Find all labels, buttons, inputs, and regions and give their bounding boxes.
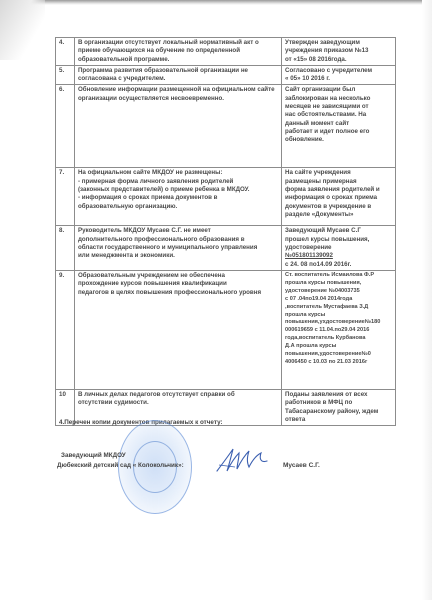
- issue-cell: Руководитель МКДОУ Мусаев С.Г. не имеет …: [74, 226, 281, 270]
- result-line: обновление.: [285, 136, 392, 144]
- signatory-title: Заведующий МКДОУ: [61, 452, 126, 459]
- table-row: 9. Образовательным учреждением не обеспе…: [56, 270, 396, 389]
- issue-line: - информация о сроках приема документов …: [78, 194, 278, 202]
- result-line: информация о сроках приема: [285, 194, 392, 202]
- issue-line: - примерная форма личного заявления роди…: [78, 178, 278, 186]
- result-line: документов в учреждение в: [285, 203, 392, 211]
- row-number: 6.: [56, 85, 75, 168]
- result-line: На сайте учреждения: [285, 169, 392, 177]
- result-line: 4006450 с 10.03 по 21.03 2016г: [285, 359, 392, 367]
- issue-line: На официальном сайте МКДОУ не размещены:: [78, 169, 278, 177]
- result-line: Табасаранскому району, ждем: [285, 408, 392, 416]
- result-line: повышения,удостоверение№0: [285, 351, 392, 359]
- result-line: Ст. воспитатель Исмаилова Ф.Р: [285, 272, 392, 280]
- result-cell: На сайте учреждения размещены примерная …: [282, 168, 396, 226]
- result-line: работников в МФЦ по: [285, 399, 392, 407]
- result-line: прошла курсы: [285, 312, 392, 320]
- result-line: данный момент сайт: [285, 120, 392, 128]
- issue-line: педагогов в целях повышения профессионал…: [78, 289, 278, 297]
- organization-name: Дюбекский детский сад « Колокольчик»:: [57, 462, 184, 469]
- issue-line: дополнительного профессионального образо…: [78, 236, 278, 244]
- issue-cell: Обновление информации размещенной на офи…: [74, 85, 281, 168]
- certificate-number: №051801139092: [285, 252, 392, 260]
- row-number: 4.: [56, 38, 75, 66]
- result-line: Д.А прошла курсы: [285, 343, 392, 351]
- result-line: Согласовано с учредителем: [285, 67, 392, 75]
- result-line: разделе «Документы»: [285, 211, 392, 219]
- issue-cell: Образовательным учреждением не обеспечен…: [74, 270, 281, 389]
- result-cell: Поданы заявления от всех работников в МФ…: [282, 389, 396, 425]
- result-line: месяцев не зависящими от: [285, 103, 392, 111]
- result-line: Поданы заявления от всех: [285, 391, 392, 399]
- page-right-edge: [422, 0, 432, 600]
- table-row: 4. В организации отсутствует локальный н…: [56, 38, 396, 66]
- result-line: прошла курсы повышения,: [285, 280, 392, 288]
- result-line: Заведующий Мусаев С.Г: [285, 227, 392, 235]
- table-row: 7. На официальном сайте МКДОУ не размеще…: [56, 168, 396, 226]
- issue-line: или менеджмента и экономики.: [78, 252, 278, 260]
- result-cell: Заведующий Мусаев С.Г прошел курсы повыш…: [282, 226, 396, 270]
- result-line: размещены примерная: [285, 178, 392, 186]
- result-line: ,воспитатель Мустафаева З.Д: [285, 304, 392, 312]
- issue-line: области государственного и муниципальног…: [78, 244, 278, 252]
- table-row: 6. Обновление информации размещенной на …: [56, 85, 396, 168]
- result-line: ответа: [285, 416, 392, 424]
- result-line: удостоверение: [285, 244, 392, 252]
- issue-line: образовательную организацию.: [78, 203, 278, 211]
- result-line: работает и идет полное его: [285, 128, 392, 136]
- result-cell: Утвержден заведующим учреждения приказом…: [282, 38, 396, 66]
- result-line: заблокирован на несколько: [285, 95, 392, 103]
- issue-cell: Программа развития образовательной орган…: [74, 65, 281, 85]
- result-line: учреждения приказом №13: [285, 47, 392, 55]
- result-line: Утвержден заведующим: [285, 39, 392, 47]
- issue-line: отсутствии судимости.: [78, 399, 278, 407]
- result-cell: Ст. воспитатель Исмаилова Ф.Р прошла кур…: [282, 270, 396, 389]
- result-line: форма заявления родителей и: [285, 186, 392, 194]
- issue-cell: На официальном сайте МКДОУ не размещены:…: [74, 168, 281, 226]
- issue-cell: В организации отсутствует локальный норм…: [74, 38, 281, 66]
- scanned-page: 4. В организации отсутствует локальный н…: [0, 0, 432, 600]
- result-cell: Сайт организации был заблокирован на нес…: [282, 85, 396, 168]
- page-fold-corner: [0, 0, 45, 60]
- result-line: удостоверение №04003735: [285, 288, 392, 296]
- result-line: повышения,ухдостоверение№180: [285, 319, 392, 327]
- result-line: нас обстоятельствами. На: [285, 111, 392, 119]
- row-number: 8.: [56, 226, 75, 270]
- issue-line: Руководитель МКДОУ Мусаев С.Г. не имеет: [78, 227, 278, 235]
- page-fold-shadow: [0, 0, 432, 5]
- handwritten-signature-icon: [215, 445, 270, 475]
- row-number: 5.: [56, 65, 75, 85]
- issue-line: прохождение курсов повышения квалификаци…: [78, 280, 278, 288]
- result-cell: Согласовано с учредителем « 05» 10 2016 …: [282, 65, 396, 85]
- result-line: от «15» 08 2016года.: [285, 56, 392, 64]
- issue-line: В личных делах педагогов отсутствует спр…: [78, 391, 278, 399]
- table-row: 5. Программа развития образовательной ор…: [56, 65, 396, 85]
- result-line: года,воспитатель Курбанова: [285, 335, 392, 343]
- result-line: с 24. 08 по14.09 2016г.: [285, 261, 392, 269]
- row-number: 7.: [56, 168, 75, 226]
- result-line: « 05» 10 2016 г.: [285, 75, 392, 83]
- issue-line: (законных представителей) о приеме ребен…: [78, 186, 278, 194]
- signatory-name: Мусаев С.Г.: [283, 462, 320, 469]
- row-number: 9.: [56, 270, 75, 389]
- table-row: 8. Руководитель МКДОУ Мусаев С.Г. не име…: [56, 226, 396, 270]
- result-line: с 07 .04по19.04 2014года: [285, 296, 392, 304]
- result-line: прошел курсы повышения,: [285, 236, 392, 244]
- issue-line: Образовательным учреждением не обеспечен…: [78, 272, 278, 280]
- result-line: Сайт организации был: [285, 86, 392, 94]
- inspection-results-table: 4. В организации отсутствует локальный н…: [55, 37, 396, 426]
